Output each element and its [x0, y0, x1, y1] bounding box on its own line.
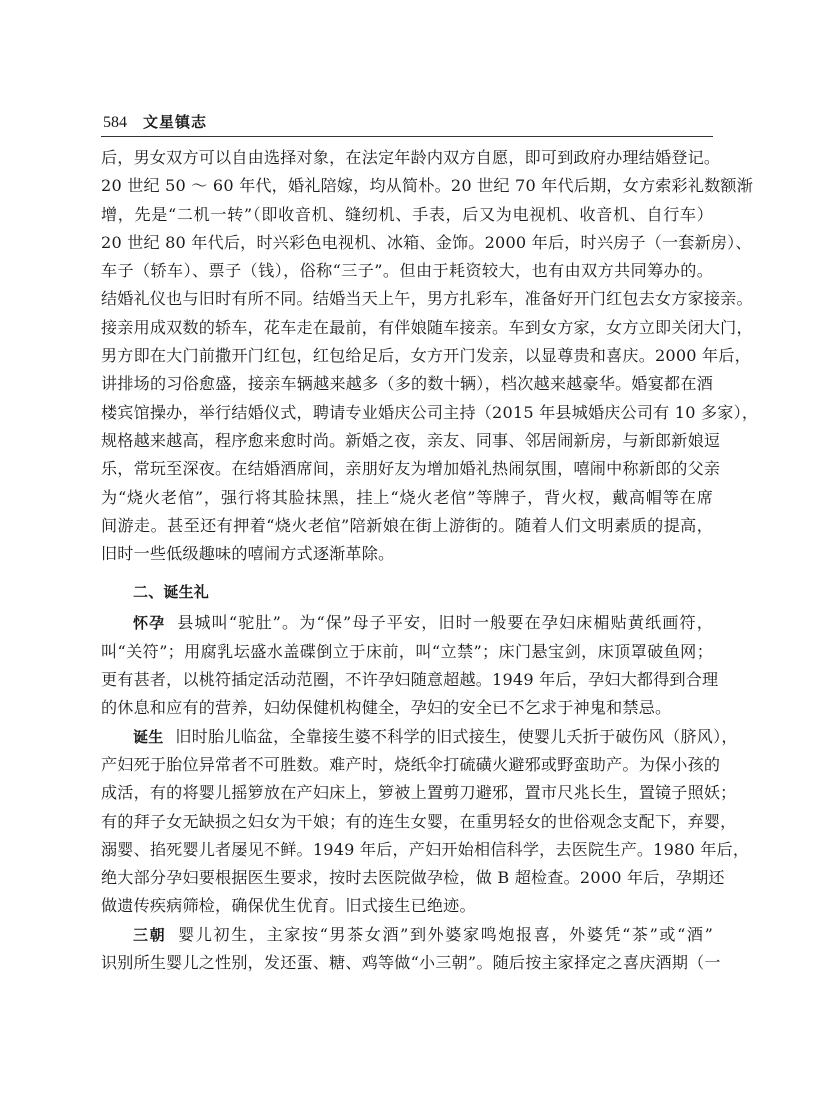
text-line: 做遗传疾病筛检，确保优生优育。旧式接生已绝迹。 — [101, 892, 713, 920]
text-line: 成活，有的将婴儿摇箩放在产妇床上，箩被上置剪刀避邪，置市尺兆长生，置镜子照妖； — [101, 779, 713, 807]
text-segment: 旧时胎儿临盆，全靠接生婆不科学的旧式接生，使婴儿夭折于破伤风（脐风）， — [175, 727, 737, 746]
text-line: 为“烧火老倌”，强行将其脸抹黑，挂上“烧火老倌”等牌子，背火杈，戴高帽等在席 — [101, 484, 713, 512]
text-line: 结婚礼仪也与旧时有所不同。结婚当天上午，男方扎彩车，准备好开门红包去女方家接亲。 — [101, 285, 713, 313]
page-number: 584 — [101, 113, 127, 133]
entry-term: 三朝 — [133, 926, 166, 944]
text-line: 溺婴、掐死婴儿者屡见不鲜。1949 年后，产妇开始相信科学，去医院生产。1980… — [101, 836, 713, 864]
text-line: 增，先是“二机一转”（即收音机、缝纫机、手表，后又为电视机、收音机、自行车） — [101, 201, 713, 229]
text-line: 20 世纪 80 年代后，时兴彩色电视机、冰箱、金饰。2000 年后，时兴房子（… — [101, 229, 713, 257]
text-segment: 县城叫“驼肚”。为“保”母子平安，旧时一般要在孕妇床楣贴黄纸画符， — [177, 613, 713, 632]
text-line: 旧时一些低级趣味的嘻闹方式逐渐革除。 — [101, 540, 713, 568]
entry-birth: 诞生旧时胎儿临盆，全靠接生婆不科学的旧式接生，使婴儿夭折于破伤风（脐风）， 产妇… — [101, 723, 713, 921]
text-segment: 婴儿初生，主家按“男茶女酒”到外婆家鸣炮报喜，外婆凭“茶”或“酒” — [178, 925, 713, 944]
text-line: 间游走。甚至还有押着“烧火老倌”陪新娘在街上游街的。随着人们文明素质的提高， — [101, 512, 713, 540]
running-header: 584 文星镇志 — [101, 112, 713, 137]
text-line: 怀孕县城叫“驼肚”。为“保”母子平安，旧时一般要在孕妇床楣贴黄纸画符， — [101, 609, 713, 637]
text-line: 三朝婴儿初生，主家按“男茶女酒”到外婆家鸣炮报喜，外婆凭“茶”或“酒” — [101, 921, 713, 949]
text-line: 识别所生婴儿之性别，发还蛋、糖、鸡等做“小三朝”。随后按主家择定之喜庆酒期（一 — [101, 949, 713, 977]
text-line: 后，男女双方可以自由选择对象，在法定年龄内双方自愿，即可到政府办理结婚登记。 — [101, 144, 713, 172]
text-line: 讲排场的习俗愈盛，接亲车辆越来越多（多的数十辆），档次越来越豪华。婚宴都在酒 — [101, 370, 713, 398]
page-body: 后，男女双方可以自由选择对象，在法定年龄内双方自愿，即可到政府办理结婚登记。 2… — [101, 144, 713, 977]
text-line: 男方即在大门前撒开门红包，红包给足后，女方开门发亲，以显尊贵和喜庆。2000 年… — [101, 342, 713, 370]
text-line: 的休息和应有的营养，妇幼保健机构健全，孕妇的安全已不乞求于神鬼和禁忌。 — [101, 694, 713, 722]
entry-term: 诞生 — [133, 728, 163, 746]
text-line: 接亲用成双数的轿车，花车走在最前，有伴娘随车接亲。车到女方家，女方立即关闭大门， — [101, 314, 713, 342]
entry-term: 怀孕 — [133, 614, 165, 632]
book-page: 584 文星镇志 后，男女双方可以自由选择对象，在法定年龄内双方自愿，即可到政府… — [101, 112, 713, 977]
text-line: 规格越来越高，程序愈来愈时尚。新婚之夜，亲友、同事、邻居闹新房，与新郎新娘逗 — [101, 427, 713, 455]
section-heading: 二、诞生礼 — [101, 579, 713, 605]
text-line: 产妇死于胎位异常者不可胜数。难产时，烧纸伞打硫磺火避邪或野蛮助产。为保小孩的 — [101, 751, 713, 779]
book-title: 文星镇志 — [143, 112, 207, 132]
entry-third-day: 三朝婴儿初生，主家按“男茶女酒”到外婆家鸣炮报喜，外婆凭“茶”或“酒” 识别所生… — [101, 921, 713, 978]
text-line: 诞生旧时胎儿临盆，全靠接生婆不科学的旧式接生，使婴儿夭折于破伤风（脐风）， — [101, 723, 713, 751]
intro-paragraph: 后，男女双方可以自由选择对象，在法定年龄内双方自愿，即可到政府办理结婚登记。 2… — [101, 144, 713, 568]
text-line: 有的拜子女无缺损之妇女为干娘；有的连生女婴，在重男轻女的世俗观念支配下，弃婴， — [101, 808, 713, 836]
text-line: 楼宾馆操办，举行结婚仪式，聘请专业婚庆公司主持（2015 年县城婚庆公司有 10… — [101, 399, 713, 427]
text-line: 20 世纪 50 ～ 60 年代，婚礼陪嫁，均从简朴。20 世纪 70 年代后期… — [101, 172, 713, 200]
entry-pregnancy: 怀孕县城叫“驼肚”。为“保”母子平安，旧时一般要在孕妇床楣贴黄纸画符， 叫“关符… — [101, 609, 713, 722]
text-line: 车子（轿车）、票子（钱），俗称“三子”。但由于耗资较大，也有由双方共同筹办的。 — [101, 257, 713, 285]
text-line: 更有甚者，以桃符插定活动范圈，不许孕妇随意超越。1949 年后，孕妇大都得到合理 — [101, 666, 713, 694]
text-line: 乐，常玩至深夜。在结婚酒席间，亲朋好友为增加婚礼热闹氛围，嘻闹中称新郎的父亲 — [101, 455, 713, 483]
text-line: 叫“关符”；用腐乳坛盛水盖碟倒立于床前，叫“立禁”；床门悬宝剑，床顶罩破鱼网； — [101, 638, 713, 666]
text-line: 绝大部分孕妇要根据医生要求，按时去医院做孕检，做 B 超检查。2000 年后，孕… — [101, 864, 713, 892]
